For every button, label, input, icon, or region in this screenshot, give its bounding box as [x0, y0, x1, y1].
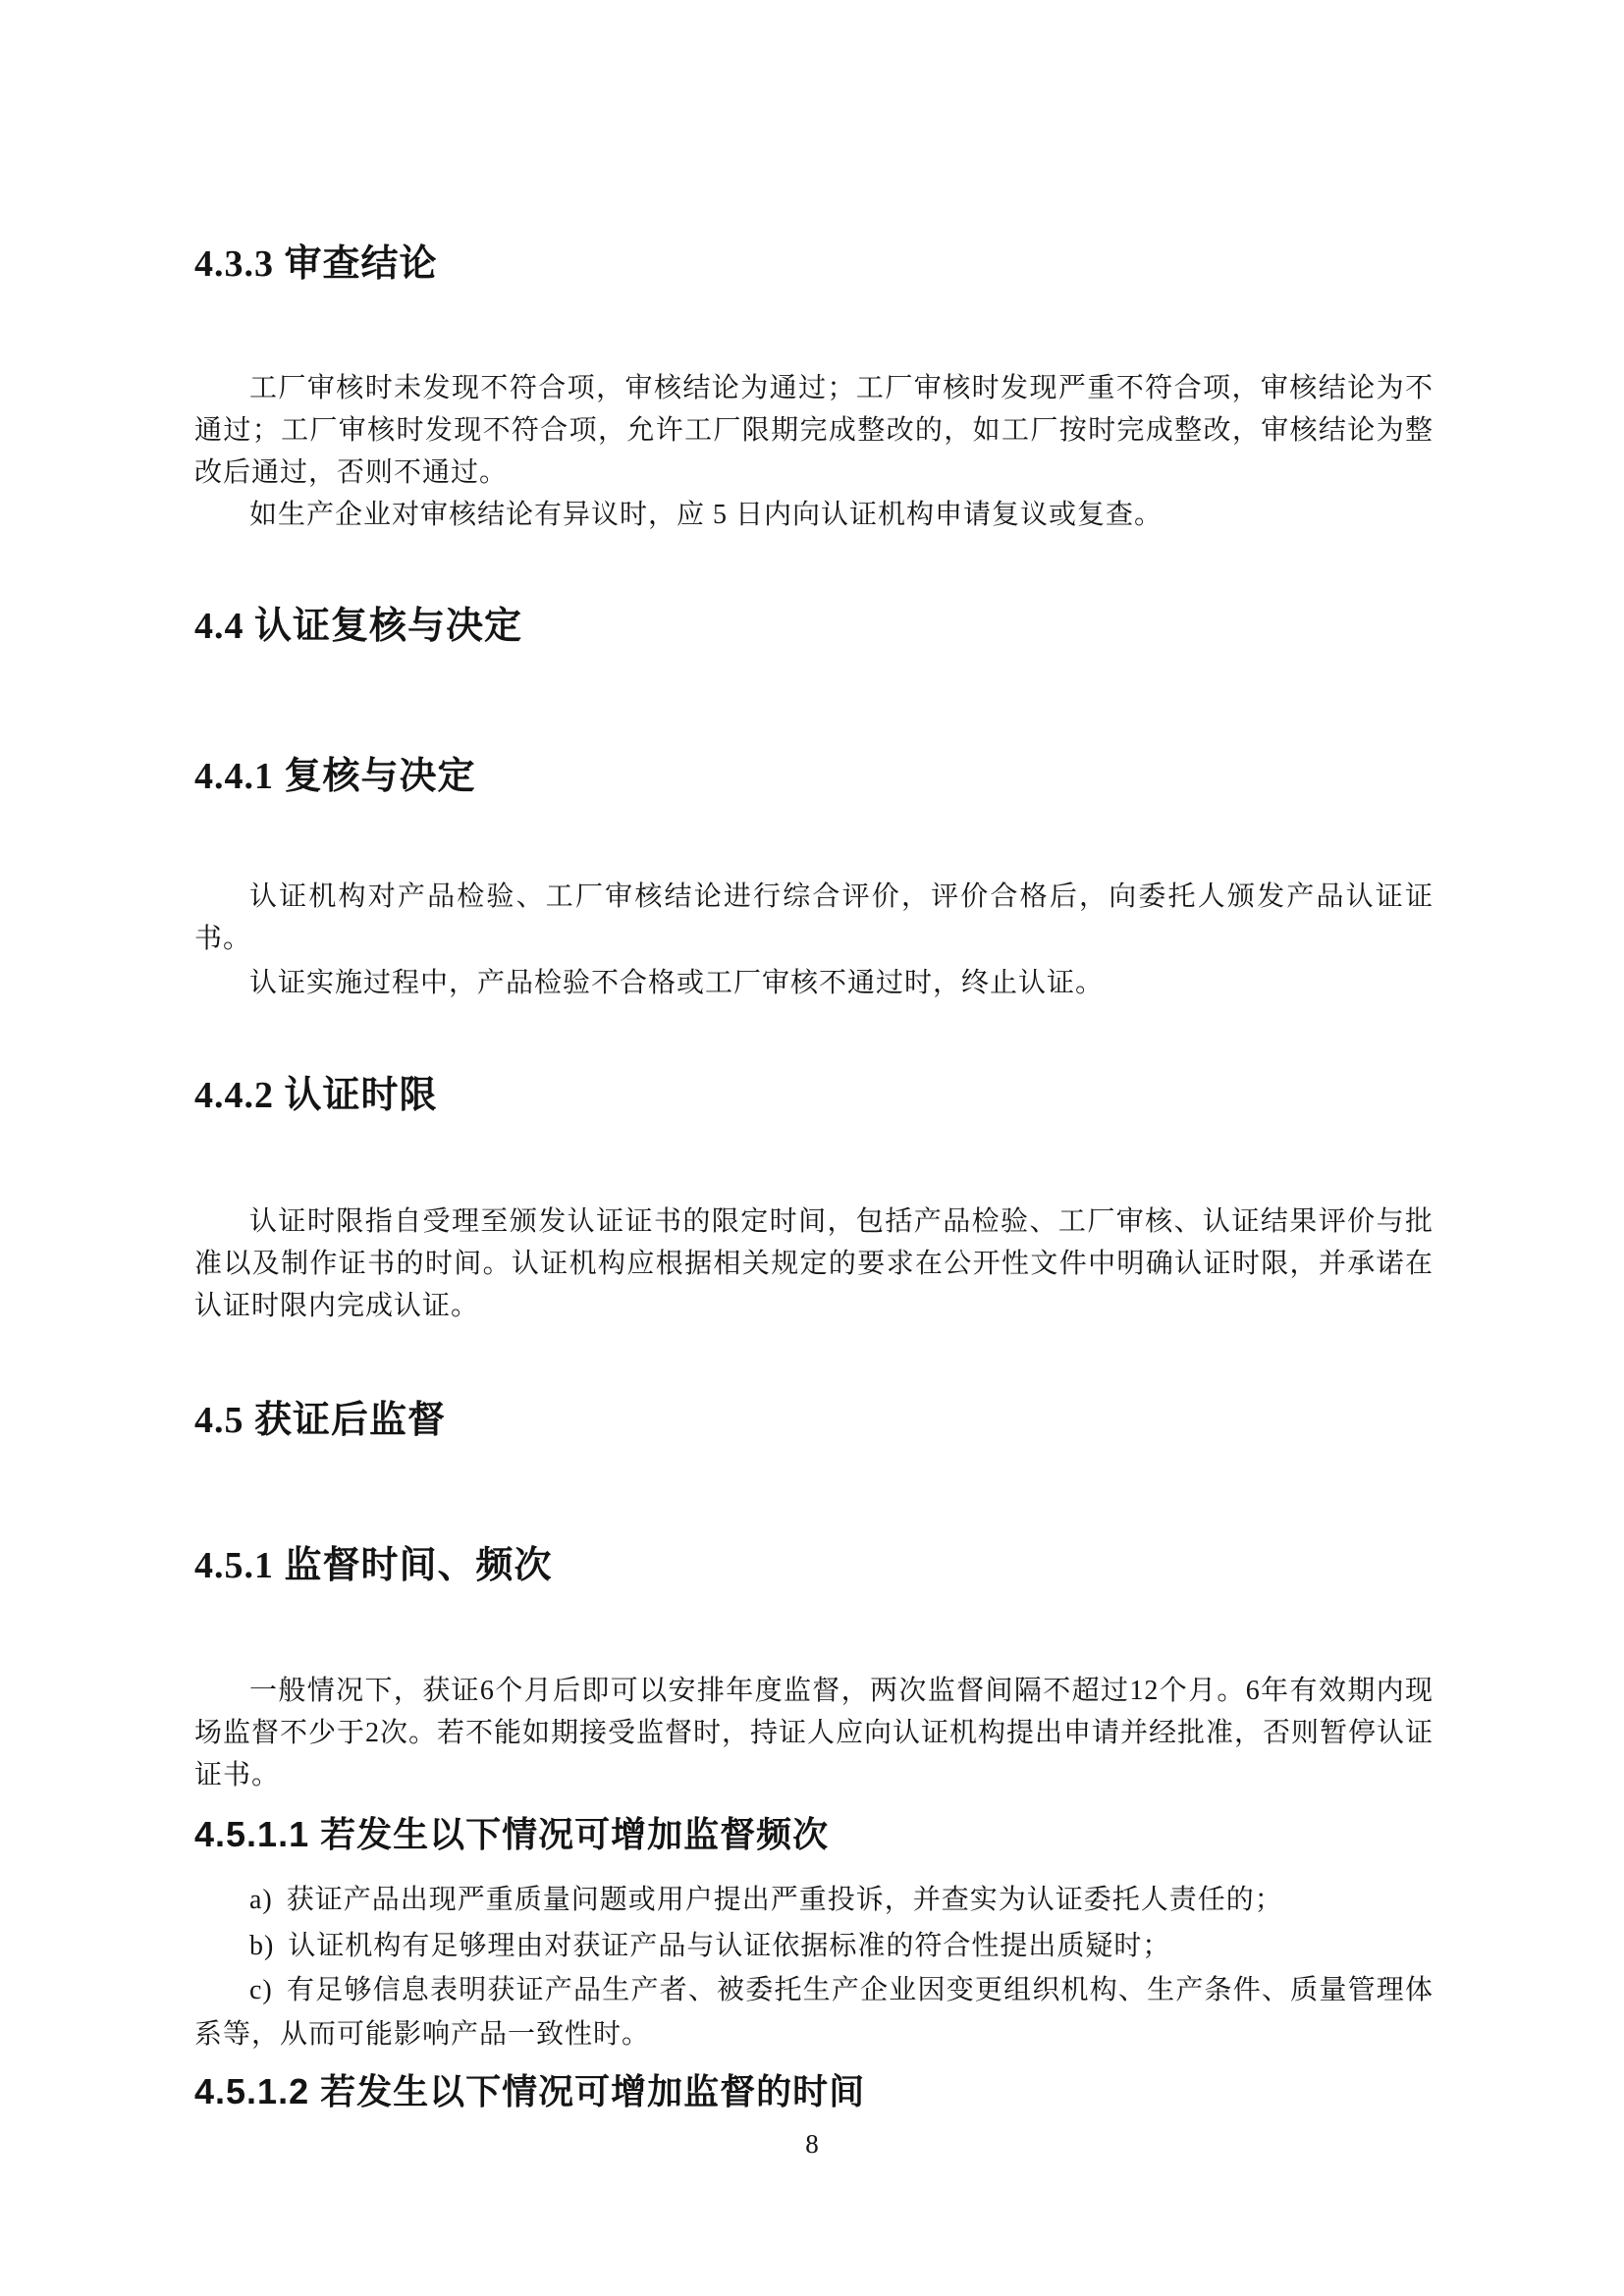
paragraph-4-3-3-audit-conclusion: 工厂审核时未发现不符合项，审核结论为通过；工厂审核时发现严重不符合项，审核结论为… — [194, 367, 1434, 494]
list-item-b-text: 认证机构有足够理由对获证产品与认证依据标准的符合性提出质疑时； — [288, 1931, 1170, 1961]
paragraph-4-4-2-time-limit: 认证时限指自受理至颁发认证证书的限定时间，包括产品检验、工厂审核、认证结果评价与… — [194, 1201, 1434, 1327]
list-marker-b: b) — [249, 1931, 274, 1961]
list-item-a-text: 获证产品出现严重质量问题或用户提出严重投诉，并查实为认证委托人责任的； — [287, 1885, 1283, 1915]
paragraph-4-4-1-evaluation: 认证机构对产品检验、工厂审核结论进行综合评价，评价合格后，向委托人颁发产品认证证… — [194, 876, 1434, 960]
section-heading-4-5-1: 4.5.1 监督时间、频次 — [194, 1542, 1434, 1589]
paragraph-4-4-1-termination: 认证实施过程中，产品检验不合格或工厂审核不通过时，终止认证。 — [194, 962, 1434, 1004]
list-marker-c: c) — [249, 1975, 273, 2005]
section-heading-4-5-1-1: 4.5.1.1 若发生以下情况可增加监督频次 — [194, 1812, 1434, 1857]
paragraph-4-5-1-supervision: 一般情况下，获证6个月后即可以安排年度监督，两次监督间隔不超过12个月。6年有效… — [194, 1670, 1434, 1796]
section-heading-4-5-1-2: 4.5.1.2 若发生以下情况可增加监督的时间 — [194, 2069, 1434, 2114]
page-number: 8 — [0, 2128, 1624, 2160]
list-item-b: b)认证机构有足够理由对获证产品与认证依据标准的符合性提出质疑时； — [194, 1924, 1434, 1968]
section-heading-4-3-3: 4.3.3 审查结论 — [194, 240, 1434, 288]
document-page: 4.3.3 审查结论 工厂审核时未发现不符合项，审核结论为通过；工厂审核时发现严… — [0, 0, 1624, 2296]
paragraph-4-3-3-appeal: 如生产企业对审核结论有异议时，应 5 日内向认证机构申请复议或复查。 — [194, 494, 1434, 536]
document-content: 4.3.3 审查结论 工厂审核时未发现不符合项，审核结论为通过；工厂审核时发现严… — [0, 240, 1624, 2114]
section-heading-4-4: 4.4 认证复核与决定 — [194, 603, 1434, 650]
list-item-c-text: 有足够信息表明获证产品生产者、被委托生产企业因变更组织机构、生产条件、质量管理体… — [194, 1975, 1434, 2050]
section-heading-4-5: 4.5 获证后监督 — [194, 1397, 1434, 1444]
list-item-a: a)获证产品出现严重质量问题或用户提出严重投诉，并查实为认证委托人责任的； — [194, 1878, 1434, 1922]
list-marker-a: a) — [249, 1885, 273, 1915]
section-heading-4-4-1: 4.4.1 复核与决定 — [194, 753, 1434, 800]
list-item-c: c)有足够信息表明获证产品生产者、被委托生产企业因变更组织机构、生产条件、质量管… — [194, 1968, 1434, 2056]
section-heading-4-4-2: 4.4.2 认证时限 — [194, 1072, 1434, 1119]
